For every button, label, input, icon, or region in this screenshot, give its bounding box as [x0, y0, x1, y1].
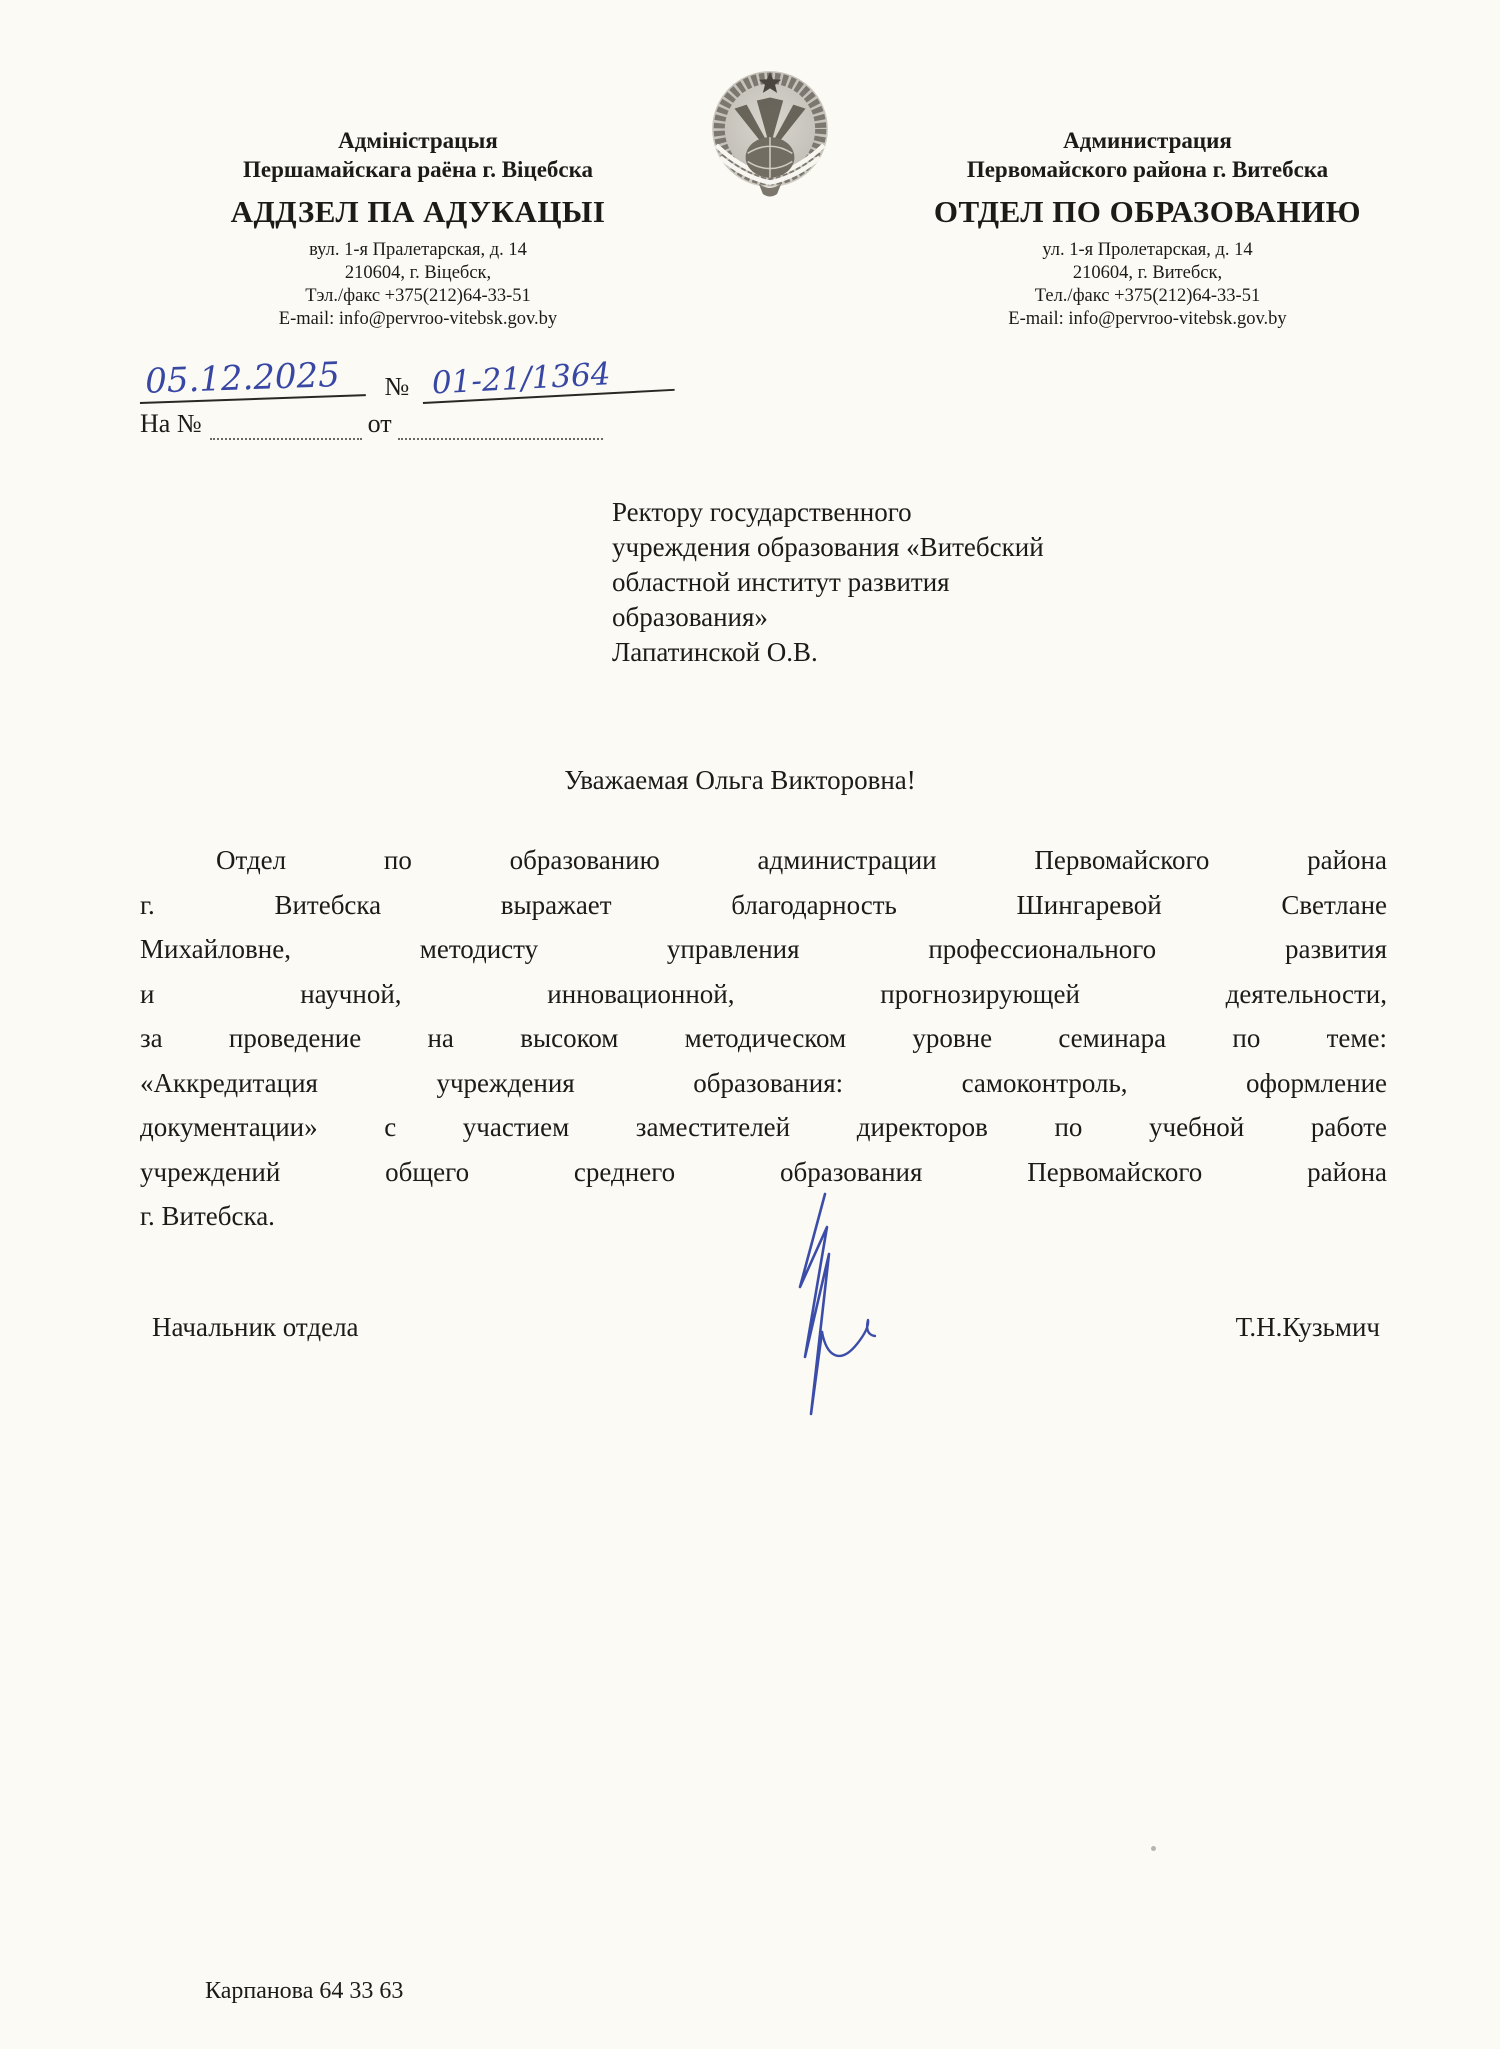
signer-name: Т.Н.Кузьмич — [1236, 1312, 1380, 1343]
letterhead-right-phone: Тел./факс +375(212)64-33-51 — [895, 285, 1400, 308]
addressee-line: учреждения образования «Витебский — [612, 530, 1202, 565]
handwritten-date: 05.12.2025 — [139, 354, 367, 404]
addressee-line: Лапатинской О.В. — [612, 635, 1202, 670]
letterhead-left-street: вул. 1-я Пралетарская, д. 14 — [158, 239, 678, 262]
body-line: учреждений общего среднего образования П… — [140, 1150, 1387, 1195]
salutation: Уважаемая Ольга Викторовна! — [140, 765, 1340, 796]
letterhead-right-admin-line2: Первомайского района г. Витебска — [895, 155, 1400, 184]
letterhead-left-admin-line2: Першамайскага раёна г. Віцебска — [158, 155, 678, 184]
body-line: Михайловне, методисту управления професс… — [140, 927, 1387, 972]
letterhead-right-street: ул. 1-я Пролетарская, д. 14 — [895, 239, 1400, 262]
scan-speck — [1151, 1846, 1156, 1851]
belarus-emblem-icon — [704, 62, 836, 200]
body-line: и научной, инновационной, прогнозирующей… — [140, 972, 1387, 1017]
addressee-line: образования» — [612, 600, 1202, 635]
letterhead-right: Администрация Первомайского района г. Ви… — [895, 126, 1400, 331]
letterhead-left-email: E-mail: info@pervroo-vitebsk.gov.by — [158, 308, 678, 331]
letterhead-left-admin-line1: Адміністрацыя — [158, 126, 678, 155]
body-line: документации» с участием заместителей ди… — [140, 1105, 1387, 1150]
handwritten-outgoing-number: 01-21/1364 — [421, 353, 674, 404]
letterhead-right-admin-line1: Администрация — [895, 126, 1400, 155]
handwritten-signature-icon — [765, 1192, 905, 1427]
reference-block: 05.12.2025 № 01-21/1364 На № от — [140, 348, 675, 440]
body-line: Отдел по образованию администрации Перво… — [140, 838, 1387, 883]
reply-from-label: от — [368, 409, 392, 440]
letterhead-left-address: вул. 1-я Пралетарская, д. 14 210604, г. … — [158, 239, 678, 331]
addressee-line: Ректору государственного — [612, 495, 1202, 530]
number-sign: № — [384, 372, 409, 404]
letterhead-right-address: ул. 1-я Пролетарская, д. 14 210604, г. В… — [895, 239, 1400, 331]
body-line: за проведение на высоком методическом ур… — [140, 1016, 1387, 1061]
reference-date-number-row: 05.12.2025 № 01-21/1364 — [140, 348, 675, 404]
letterhead-left-phone: Тэл./факс +375(212)64-33-51 — [158, 285, 678, 308]
addressee-line: областной институт развития — [612, 565, 1202, 600]
body-line: «Аккредитация учреждения образования: са… — [140, 1061, 1387, 1106]
reply-number-blank-line — [210, 414, 362, 440]
reply-date-blank-line — [398, 414, 603, 440]
letterhead-left-department: АДДЗЕЛ ПА АДУКАЦЫІ — [158, 194, 678, 230]
letterhead-right-email: E-mail: info@pervroo-vitebsk.gov.by — [895, 308, 1400, 331]
letterhead-right-department: ОТДЕЛ ПО ОБРАЗОВАНИЮ — [895, 194, 1400, 230]
reference-reply-row: На № от — [140, 408, 675, 440]
scanned-letter-page: Адміністрацыя Першамайскага раёна г. Віц… — [0, 0, 1500, 2049]
letterhead-left: Адміністрацыя Першамайскага раёна г. Віц… — [158, 126, 678, 331]
body-line: г. Витебска. — [140, 1194, 1387, 1239]
letter-body: Отдел по образованию администрации Перво… — [140, 838, 1387, 1239]
body-line: г. Витебска выражает благодарность Шинга… — [140, 883, 1387, 928]
letterhead-left-city: 210604, г. Віцебск, — [158, 262, 678, 285]
letterhead-right-city: 210604, г. Витебск, — [895, 262, 1400, 285]
reply-to-number-label: На № — [140, 409, 202, 440]
executor-contact: Карпанова 64 33 63 — [205, 1978, 403, 2005]
addressee-block: Ректору государственного учреждения обра… — [612, 495, 1202, 670]
signer-position: Начальник отдела — [152, 1312, 359, 1343]
